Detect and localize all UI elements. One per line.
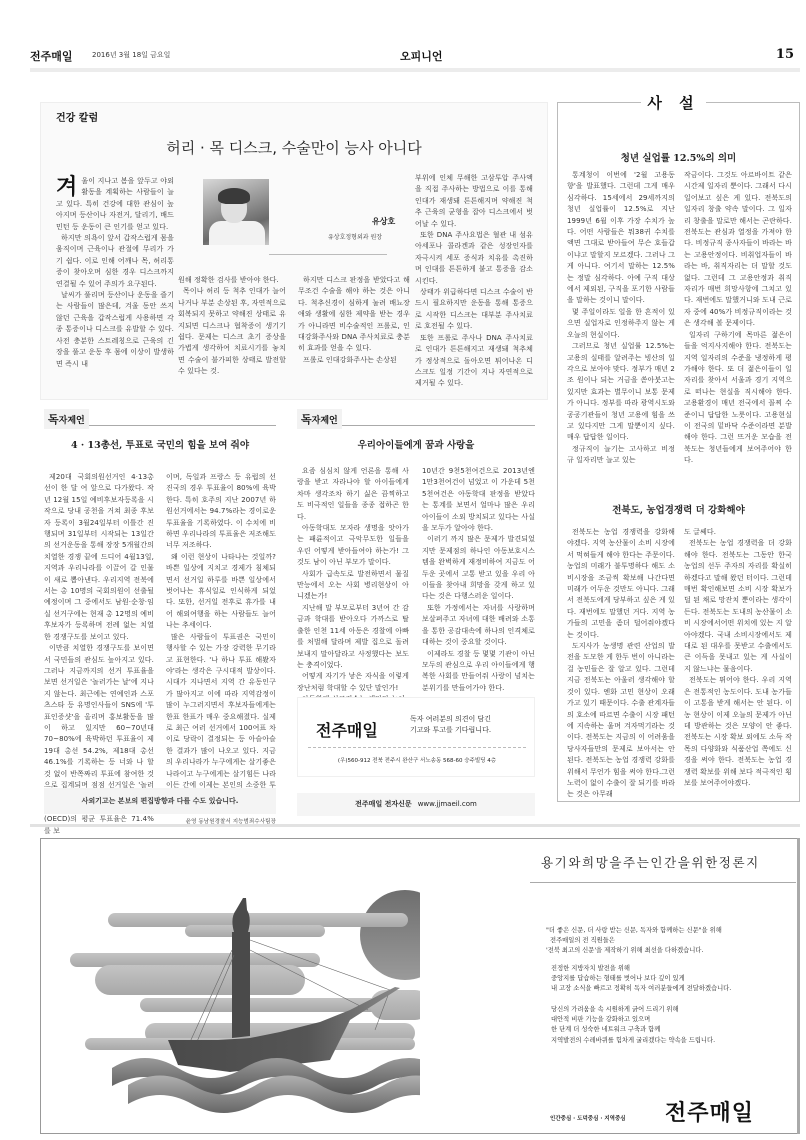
paragraph: 이제라도 경찰 등 몇몇 기관이 아닌 모두의 관심으로 우리 아이들에게 행복… [422,649,535,695]
dashed-divider [308,747,526,748]
paragraph: 지난해 말 부모로부터 3년여 간 감금과 학대를 받아오다 가까스로 탈출한 … [297,603,409,671]
ad-line: 대안적 비판 기능을 강화하고 있으며 [551,1015,801,1025]
ad-paragraph-2: 진정한 지방자치 발전을 위해 중앙지를 답습하는 형태를 벗어나 보다 깊이 … [551,964,801,995]
paragraph: 목이나 허리 등 척추 인대가 늘어나거나 부분 손상된 후, 자연적으로 회복… [178,286,286,377]
ad-line: 한 단계 더 성숙한 네트워크 구축과 함께 [551,1025,801,1035]
paragraph: 아동학대도 모자라 생명을 앗아가는 패륜적이고 극악무도한 일들을 우린 어떻… [297,523,409,569]
paragraph: 몇 주일이라도 일을 한 흔적이 있으면 실업자로 인정하주지 않는 게 오늘의… [567,307,675,341]
paragraph: 또한 프롤로 주사나 DNA 주사치료로 인대가 튼튼해지고 재생돼 척추체가 … [415,333,533,390]
ad-line: 진정한 지방자치 발전을 위해 [551,964,801,974]
paragraph: 요즘 심심치 않게 언론을 통해 사랑을 받고 자라나야 할 아이들에게 차마 … [297,466,409,523]
paragraph: 이러기 까지 많은 문제가 발견되었지만 문제점의 하나인 아동보호시스템을 완… [422,534,535,602]
paragraph: 왜 이런 현상이 나타나는 것일까? 바쁜 일상에 지치고 경제가 침체되면서 … [166,552,276,632]
paragraph: 어떻게 자기가 낳은 자식을 이렇게 장난처럼 학대할 수 있단 말인가! [297,671,409,694]
ad-line: "더 좋은 신문, 더 사랑 받는 신문, 독자와 함께하는 신문"을 위해 [546,926,796,936]
ad-line: 중앙지를 답습하는 형태를 벗어나 보다 깊이 있게 [551,974,801,984]
paragraph: 도 글쎄다. [684,527,792,538]
masthead-date: 2016년 3월 18일 금요일 [92,50,170,60]
epaper-link[interactable]: www.jjmaeil.com [418,800,477,808]
editorial-2-col1: 전북도는 농업 경쟁력을 강화해야겠다. 지역 농산물이 소비 시장에서 먹혀들… [567,527,675,801]
message-line: 독자 여러분의 의견이 담긴 [410,714,491,725]
author-affiliation: 유상호정형외과 원장 [328,232,382,241]
epaper-label: 전주매일 전자신문 [355,800,412,808]
ad-line: '전북 최고의 신문'을 제작하기 위해 최선을 다하겠습니다. [546,946,796,956]
ship-illustration [50,860,420,1122]
tag-rest: 자제언 [312,416,338,426]
dropcap: 겨 [56,176,77,198]
paragraph: 상태가 위급하다면 디스크 수술이 반드시 필요하지만 운동을 통해 통증으로 … [415,287,533,333]
paragraph: 그러므로 청년 실업률 12.5%는 고용의 실태를 알려주는 빙산의 일각으로… [567,341,675,444]
ad-slogan: 용기와희망을주는인간을위한정론지 [541,853,760,871]
ad-line: 전주매일의 전 직원들은 [546,936,796,946]
reader-right-headline: 우리아이들에게 꿈과 사랑을 [297,437,535,451]
reader-right-tag-bar: 독자제언 [297,408,535,426]
ad-rule [530,882,796,883]
masthead: 전주매일 2016년 3월 18일 금요일 오피니언 15 [30,48,800,72]
message-line: 기고와 투고를 기다립니다. [410,725,491,736]
masthead-logo: 전주매일 [30,48,73,64]
ad-footer-tagline: 인간중심 · 도덕중심 · 지역중심 [550,1114,626,1122]
reader-right-col1: 요즘 심심치 않게 언론을 통해 사랑을 받고 자라나야 할 아이들에게 차마 … [297,466,409,706]
tag-initial: 독 [301,413,312,426]
reader-left-tag: 독자제언 [44,409,89,429]
reader-left-col2: 이며, 독일과 프랑스 등 유럽의 선진국의 경우 투표율이 80%에 육박한다… [166,472,276,829]
reader-left-headline: 4 · 13총선, 투표로 국민의 힘을 보여 줘야 [44,437,276,451]
tag-rest: 자제언 [59,416,85,426]
contribution-logo: 전주매일 [316,718,378,741]
editorial-rule-right [706,102,800,103]
paragraph: 또한 DNA 주사요법은 혈관 내 섬유아세포나 콜라겐과 같은 성장인자를 자… [415,230,533,287]
paragraph: 부위에 인체 무해한 고삼투압 주사액을 직접 주사하는 방법으로 이를 통해 … [415,173,533,230]
paragraph: 작금이다. 그것도 아르바이트 같은 시간제 일자리 뿐이다. 그래서 다시 일… [684,170,792,330]
paragraph: 정규직이 늘기는 고사하고 비정규 일자리만 늘고 있는 [567,444,675,467]
health-column-col1: 겨울이 지나고 봄을 앞두고 야외활동을 계획하는 사람들이 늘고 있다. 특히… [56,176,174,370]
paragraph: 도지사가 농생명 관련 산업의 발전을 도모한 게 한두 번이 아니라는 걸 농… [567,641,675,801]
paragraph: 원해 정확한 검사를 받아야 한다. [178,275,286,286]
health-column-col4: 부위에 인체 무해한 고삼투압 주사액을 직접 주사하는 방법으로 이를 통해 … [415,173,533,390]
masthead-rule [30,68,800,72]
editorial-2-title: 전북도, 농업경쟁력 더 강화해야 [557,502,800,516]
paragraph: 사회가 급속도로 발전하면서 물질만능에서 오는 사회 병리현상이 아니겠는가! [297,569,409,603]
masthead-section-title: 오피니언 [400,48,443,64]
ad-footer-logo: 전주매일 [665,1096,754,1127]
contribution-address: (우)560-912 전북 전주시 완산구 서노송동 568-60 승주빌딩 4… [298,756,536,764]
paragraph: 날씨가 풀리며 등산이나 운동을 즐기는 사람들이 많은데, 겨울 동안 쓰지 … [56,290,174,370]
editorial-1-col1: 통계청이 이번에 '2월 고용동향'을 발표했다. 그런데 그게 매우 심각하다… [567,170,675,467]
health-column-col3: 하지만 디스크 판정을 받았다고 해 무조건 수술을 해야 하는 것은 아니다.… [298,275,410,366]
page-number: 15 [776,47,794,62]
reader-right-col2: 10년간 9천5천여건으로 2013년엔 1만3천여건이 넘었고 이 가운데 5… [422,466,535,709]
editorial-1-title: 청년 실업률 12.5%의 의미 [557,150,800,164]
health-column-col2: 원해 정확한 검사를 받아야 한다. 목이나 허리 등 척추 인대가 늘어나거나… [178,275,286,378]
health-column-headline: 허리 · 목 디스크, 수술만이 능사 아니다 [40,137,548,158]
tag-initial: 독 [48,413,59,426]
author-name: 유상호 [372,216,395,227]
photo-hair [218,188,250,204]
paragraph: 통계청이 이번에 '2월 고용동향'을 발표했다. 그런데 그게 매우 심각하다… [567,170,675,307]
ad-line: 내 고장 소식을 빠르고 정확히 독자 여러분들에게 전달하겠습니다. [551,984,801,994]
contribution-message: 독자 여러분의 의견이 담긴 기고와 투고를 기다립니다. [410,714,491,736]
paragraph: 또한 가정에서는 자녀를 사랑하며 보살펴주고 자녀에 대한 배려와 소통을 통… [422,603,535,649]
notice-bar: 사외기고는 본보의 편집방향과 다를 수도 있습니다. [44,788,276,814]
section-divider [30,824,800,827]
author-rule [269,254,387,255]
paragraph: 일자리 구하기에 목마른 젊은이들을 억지사지해야 한다. 전북도는 지역 일자… [684,330,792,467]
reader-left-col1: 제20대 국회의원선거인 4·13총선이 한 달 여 앞으로 다가왔다. 작년 … [44,472,154,837]
paragraph: 10년간 9천5천여건으로 2013년엔 1만3천여건이 넘었고 이 가운데 5… [422,466,535,534]
ad-line: 지역발전의 수레바퀴를 힘차게 굴리겠다는 약속을 드립니다. [551,1036,801,1046]
paragraph: 하지만 디스크 판정을 받았다고 해 무조건 수술을 해야 하는 것은 아니다.… [298,275,410,355]
paragraph: 전북도는 농업 경쟁력을 더 강화해야 한다. 전북도는 그동안 한국 농업의 … [684,538,792,675]
contribution-box: 전주매일 독자 여러분의 의견이 담긴 기고와 투고를 기다립니다. (우)56… [297,697,535,777]
photo-coat [209,221,265,245]
paragraph: 제20대 국회의원선거인 4·13총선이 한 달 여 앞으로 다가왔다. 작년 … [44,472,154,643]
paragraph: 하지만 의욕이 앞서 갑작스럽게 몸을 움직이며 근육이나 관절에 무리가 가기… [56,233,174,290]
reader-left-tag-bar: 독자제언 [44,408,276,426]
ad-paragraph-3: 당신의 가려움을 속 시원하게 긁어 드리기 위해 대안적 비판 기능을 강화하… [551,1005,801,1046]
author-photo [203,179,269,245]
paragraph: 전북도는 뛰어야 한다. 우리 지역은 전통적인 농도이다. 도내 농가들이 고… [684,675,792,789]
editorial-1-col2: 작금이다. 그것도 아르바이트 같은 시간제 일자리 뿐이다. 그래서 다시 일… [684,170,792,467]
epaper-bar: 전주매일 전자신문www.jjmaeil.com [297,793,535,816]
editorial-rule-left [557,102,641,103]
editorial-heading: 사 설 [641,92,706,113]
paragraph: 많은 사람들이 투표권은 국민이 행사할 수 있는 가장 강력한 무기라고 표현… [166,632,276,815]
paragraph: 이며, 독일과 프랑스 등 유럽의 선진국의 경우 투표율이 80%에 육박한다… [166,472,276,552]
ad-line: 당신의 가려움을 속 시원하게 긁어 드리기 위해 [551,1005,801,1015]
editorial-2-col2: 도 글쎄다. 전북도는 농업 경쟁력을 더 강화해야 한다. 전북도는 그동안 … [684,527,792,789]
ad-paragraph-1: "더 좋은 신문, 더 사랑 받는 신문, 독자와 함께하는 신문"을 위해 전… [546,926,796,957]
health-column-tag: 건강 칼럼 [56,109,98,124]
paragraph: 프롤로 인대강화주사는 손상된 [298,355,410,366]
reader-right-tag: 독자제언 [297,409,342,429]
paragraph: 전북도는 농업 경쟁력을 강화해야겠다. 지역 농산물이 소비 시장에서 먹혀들… [567,527,675,641]
